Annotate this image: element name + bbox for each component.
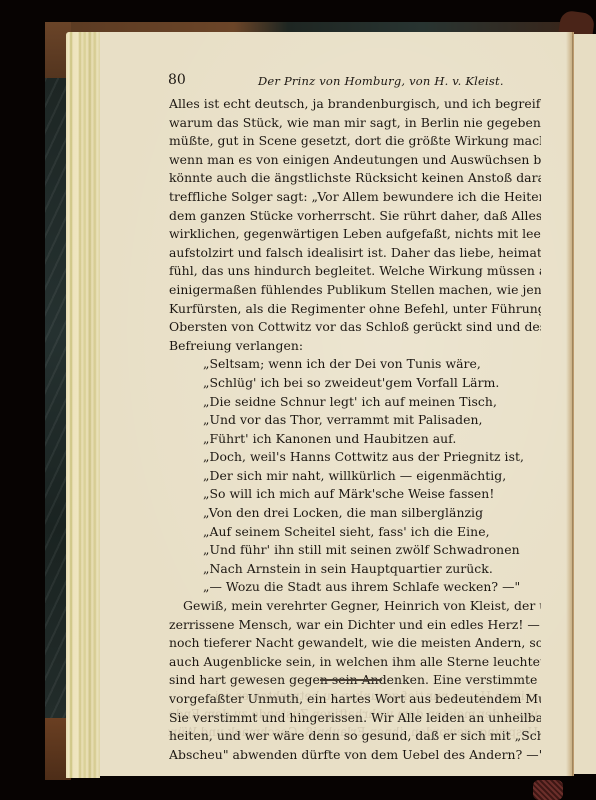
page-number: 80 (168, 72, 186, 88)
text-line: fühl, das uns hindurch begleitet. Welche… (169, 262, 541, 281)
running-head: Der Prinz von Homburg, von H. v. Kleist. (258, 74, 504, 88)
verse-line: „Nach Arnstein in sein Hauptquartier zur… (169, 560, 541, 579)
verse-line: „Die seidne Schnur legt' ich auf meinen … (169, 393, 541, 412)
text-line: wenn man es von einigen Andeutungen und … (169, 151, 541, 170)
verse-line: „Führt' ich Kanonen und Haubitzen auf. (169, 430, 541, 449)
verse-line: „Und führ' ihn still mit seinen zwölf Sc… (169, 541, 541, 560)
text-line: heiten, und wer wäre denn so gesund, daß… (169, 727, 541, 746)
text-line: treffliche Solger sagt: „Vor Allem bewun… (169, 188, 541, 207)
text-line: aufstolzirt und falsch idealisirt ist. D… (169, 244, 541, 263)
text-line: warum das Stück, wie man mir sagt, in Be… (169, 114, 541, 133)
verse-line: „Auf seinem Scheitel sieht, fass' ich di… (169, 523, 541, 542)
verse-line: „Der sich mir naht, willkürlich — eigenm… (169, 467, 541, 486)
text-line: zerrissene Mensch, war ein Dichter und e… (169, 616, 541, 635)
text-line: wirklichen, gegenwärtigen Leben aufgefaß… (169, 225, 541, 244)
body-text: Alles ist echt deutsch, ja brandenburgis… (169, 95, 541, 764)
verse-line: „So will ich mich auf Märk'sche Weise fa… (169, 485, 541, 504)
bookmark-ribbon-tail-icon (533, 780, 563, 800)
text-line: Befreiung verlangen: (169, 337, 541, 356)
text-line: Abscheu" abwenden dürfte von dem Uebel d… (169, 746, 541, 765)
text-line: Kurfürsten, als die Regimenter ohne Befe… (169, 300, 541, 319)
text-line: Sie verstimmt und hingerissen. Wir Alle … (169, 709, 541, 728)
facing-page-edge (574, 34, 596, 774)
text-line: noch tieferer Nacht gewandelt, wie die m… (169, 634, 541, 653)
text-line: könnte auch die ängstlichste Rücksicht k… (169, 169, 541, 188)
text-line: Alles ist echt deutsch, ja brandenburgis… (169, 95, 541, 114)
verse-quotation: „Seltsam; wenn ich der Dei von Tunis wär… (169, 355, 541, 597)
paragraph-1: Alles ist echt deutsch, ja brandenburgis… (169, 95, 541, 355)
verse-line: „Und vor das Thor, verrammt mit Palisade… (169, 411, 541, 430)
paragraph-2: Gewiß, mein verehrter Gegner, Heinrich v… (169, 597, 541, 764)
text-line: müßte, gut in Scene gesetzt, dort die gr… (169, 132, 541, 151)
text-line: Gewiß, mein verehrter Gegner, Heinrich v… (169, 597, 541, 616)
text-line: einigermaßen fühlendes Publikum Stellen … (169, 281, 541, 300)
text-line: dem ganzen Stücke vorherrscht. Sie rührt… (169, 207, 541, 226)
text-line: Obersten von Cottwitz vor das Schloß ger… (169, 318, 541, 337)
gutter-shadow (566, 32, 574, 776)
page-edges-stack (66, 32, 100, 778)
verse-line: „— Wozu die Stadt aus ihrem Schlafe weck… (169, 578, 541, 597)
verse-line: „Seltsam; wenn ich der Dei von Tunis wär… (169, 355, 541, 374)
text-line: vorgefaßter Unmuth, ein hartes Wort aus … (169, 690, 541, 709)
verse-line: „Von den drei Locken, die man silberglän… (169, 504, 541, 523)
text-line: auch Augenblicke sein, in welchen ihm al… (169, 653, 541, 672)
verse-line: „Schlüg' ich bei so zweideut'gem Vorfall… (169, 374, 541, 393)
verse-line: „Doch, weil's Hanns Cottwitz aus der Pri… (169, 448, 541, 467)
text-line: sind hart gewesen gegen sein Andenken. E… (169, 671, 541, 690)
section-divider-rule (320, 679, 382, 681)
